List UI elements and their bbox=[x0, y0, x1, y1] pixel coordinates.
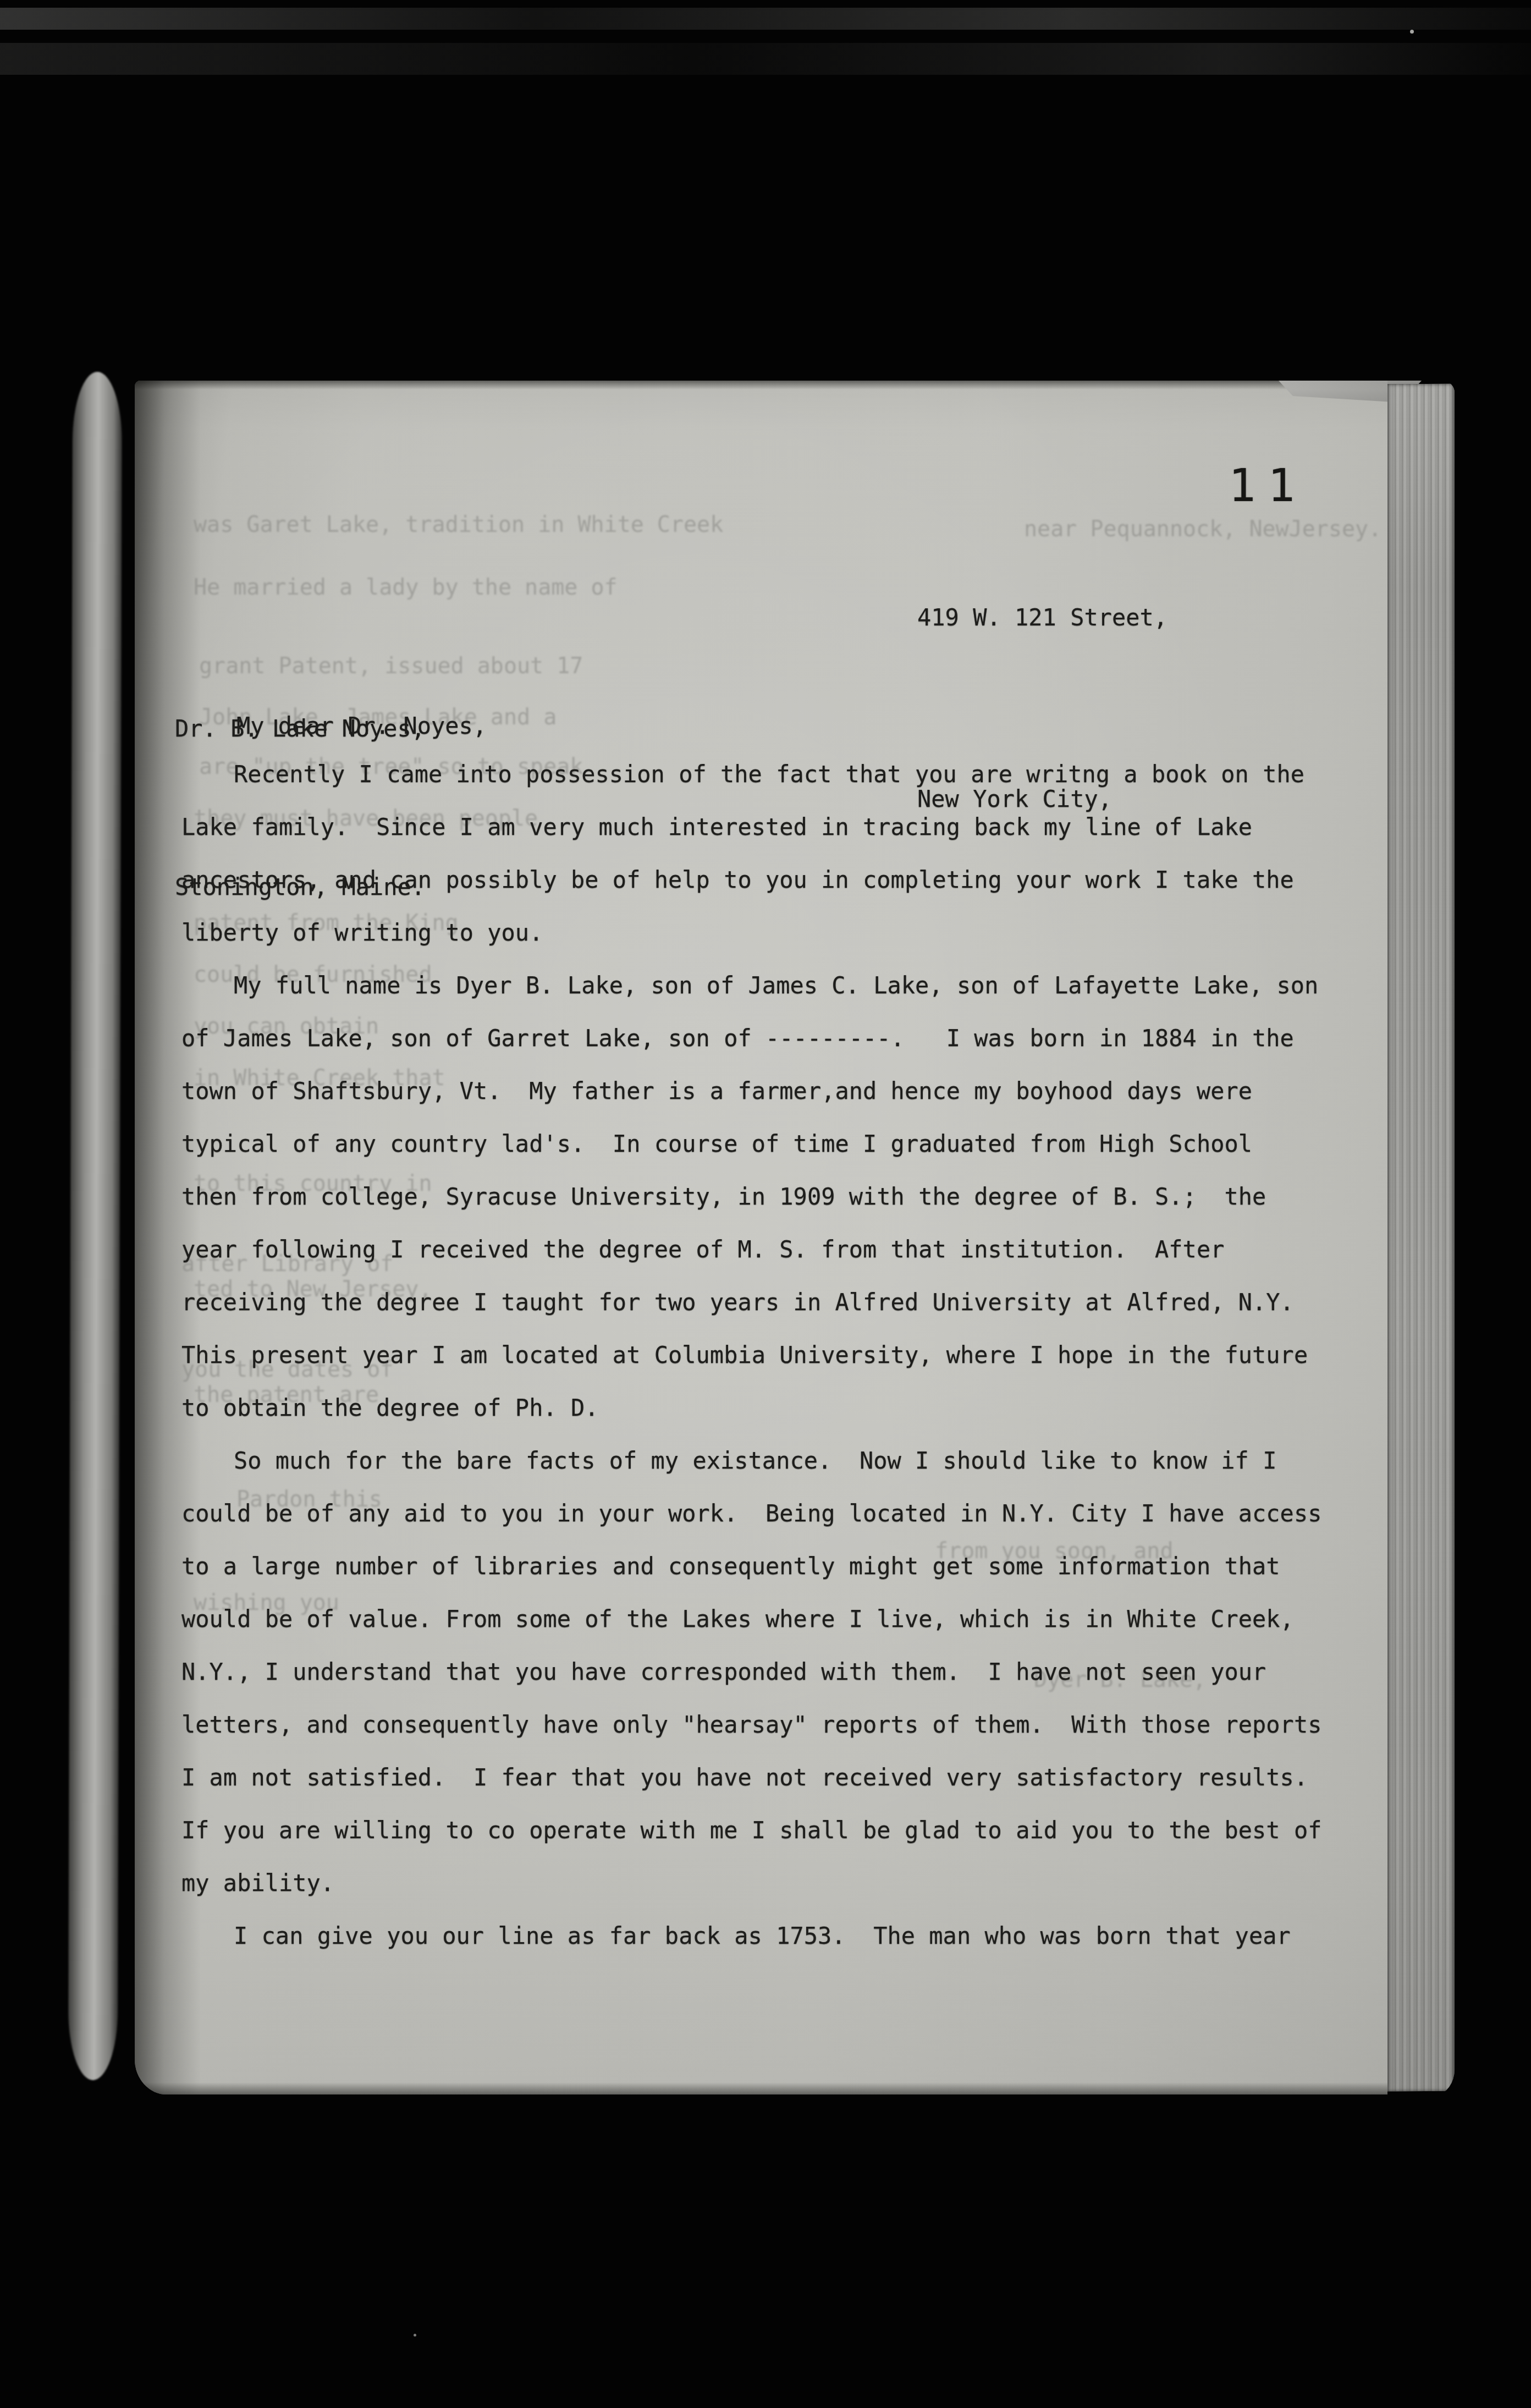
letter-line: then from college, Syracuse University, … bbox=[181, 1170, 1321, 1223]
letter-line: ancestors, and can possibly be of help t… bbox=[181, 854, 1321, 906]
film-speck bbox=[414, 2334, 416, 2336]
letter-line: would be of value. From some of the Lake… bbox=[181, 1593, 1321, 1646]
book-fore-edge bbox=[1387, 384, 1455, 2092]
letter-line: typical of any country lad's. In course … bbox=[181, 1118, 1321, 1170]
letter-line: I can give you our line as far back as 1… bbox=[181, 1910, 1321, 1962]
film-streak bbox=[0, 8, 1531, 30]
letter-line: town of Shaftsbury, Vt. My father is a f… bbox=[181, 1065, 1321, 1118]
salutation: My dear Dr. Noyes, bbox=[181, 700, 487, 752]
letter-line: of James Lake, son of Garret Lake, son o… bbox=[181, 1012, 1321, 1065]
address-line-1: 419 W. 121 Street, bbox=[917, 587, 1167, 648]
paragraph: Recently I came into possession of the f… bbox=[181, 748, 1321, 959]
letter-line: receiving the degree I taught for two ye… bbox=[181, 1276, 1321, 1329]
film-speck bbox=[1410, 30, 1414, 34]
paragraph: My full name is Dyer B. Lake, son of Jam… bbox=[181, 959, 1321, 1434]
letter-line: If you are willing to co operate with me… bbox=[181, 1804, 1321, 1857]
letter-line: to obtain the degree of Ph. D. bbox=[181, 1382, 1321, 1434]
letter-line: N.Y., I understand that you have corresp… bbox=[181, 1646, 1321, 1698]
letter-line: to a large number of libraries and conse… bbox=[181, 1540, 1321, 1593]
paragraph: So much for the bare facts of my existan… bbox=[181, 1434, 1321, 1910]
ghost-line: was Garet Lake, tradition in White Creek bbox=[194, 510, 723, 539]
letter-line: Recently I came into possession of the f… bbox=[181, 748, 1321, 801]
letter-line: This present year I am located at Columb… bbox=[181, 1329, 1321, 1382]
letter-line: my ability. bbox=[181, 1857, 1321, 1910]
letter-line: My full name is Dyer B. Lake, son of Jam… bbox=[181, 959, 1321, 1012]
letter-line: letters, and consequently have only "hea… bbox=[181, 1698, 1321, 1751]
letter-body: Recently I came into possession of the f… bbox=[181, 748, 1321, 1962]
letter-line: year following I received the degree of … bbox=[181, 1223, 1321, 1276]
paragraph: I can give you our line as far back as 1… bbox=[181, 1910, 1321, 1962]
letter-line: could be of any aid to you in your work.… bbox=[181, 1487, 1321, 1540]
page-number: 11 bbox=[1229, 460, 1307, 513]
letter-line: liberty of writing to you. bbox=[181, 906, 1321, 959]
letter-line: Lake family. Since I am very much intere… bbox=[181, 801, 1321, 854]
facing-page-edge bbox=[68, 372, 122, 2080]
letter-line: So much for the bare facts of my existan… bbox=[181, 1434, 1321, 1487]
film-streak bbox=[0, 43, 1531, 75]
scan-photo: { "scan": { "page_number": "11", "header… bbox=[0, 0, 1531, 2408]
letter-line: I am not satisfied. I fear that you have… bbox=[181, 1751, 1321, 1804]
